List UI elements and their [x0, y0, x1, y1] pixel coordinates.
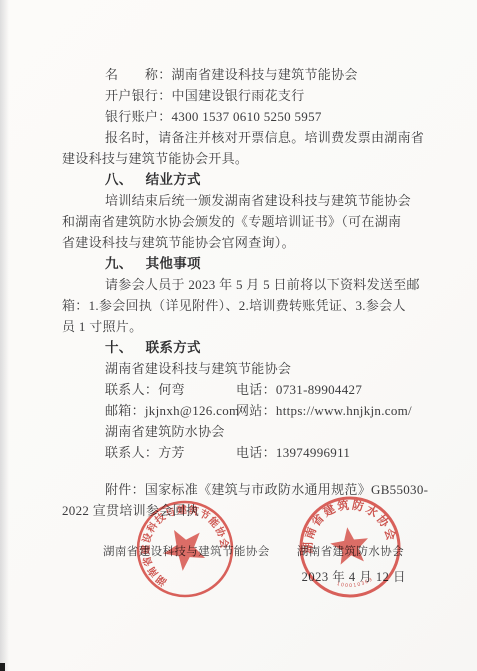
section-9-heading: 九、其他事项 [62, 253, 408, 274]
section-10-title: 联系方式 [146, 340, 201, 355]
section-8-heading: 八、结业方式 [62, 169, 408, 190]
section-8-number: 八、 [105, 172, 133, 187]
invoice-note-line-1: 报名时，请备注并核对开票信息。培训费发票由湖南省 [62, 127, 408, 148]
bank-branch-line: 开户银行：中国建设银行雨花支行 [62, 85, 408, 106]
scanned-document-page: 名 称：湖南省建设科技与建筑节能协会 开户银行：中国建设银行雨花支行 银行账户：… [0, 0, 477, 671]
official-seal-energy-association: 湖南省建设科技与建筑节能协会 [125, 489, 245, 609]
seal-left-group: 湖南省建设科技与建筑节能协会 [125, 489, 245, 609]
contact-person-waterproof: 联系人：方芳 [105, 442, 236, 463]
contact-row-energy-person: 联系人：何弯 电话：0731-89904427 [62, 379, 408, 400]
seal-right-code: 100010369 [335, 576, 375, 591]
contact-person-energy: 联系人：何弯 [105, 379, 236, 400]
seal-right-code-textpath: 100010369 [335, 576, 375, 591]
contact-phone-energy: 电话：0731-89904427 [236, 379, 362, 400]
section-9-title: 其他事项 [146, 256, 201, 271]
contact-email-energy: 邮箱：jkjnxh@126.com [105, 400, 236, 421]
section-8-title: 结业方式 [146, 172, 201, 187]
seal-left-star-icon [156, 519, 212, 574]
contact-org-waterproof: 湖南省建筑防水协会 [62, 421, 408, 442]
contact-website-energy: 网站：https://www.hnjkjn.com/ [236, 400, 412, 421]
bank-account-line: 银行账户：4300 1537 0610 5250 5957 [62, 106, 408, 127]
scan-corner-artifact [0, 663, 5, 671]
section-9-line-2: 箱：1.参会回执（详见附件）、2.培训费转账凭证、3.参会人 [62, 295, 408, 316]
invoice-note-line-2: 建设科技与建筑节能协会开具。 [62, 148, 408, 169]
contact-org-energy: 湖南省建设科技与建筑节能协会 [62, 358, 408, 379]
bank-name-line: 名 称：湖南省建设科技与建筑节能协会 [62, 64, 408, 85]
section-8-line-2: 和湖南省建筑防水协会颁发的《专题培训证书》（可在湖南 [62, 211, 408, 232]
section-8-line-3: 省建设科技与建筑节能协会官网查询）。 [62, 232, 408, 253]
contact-row-waterproof-person: 联系人：方芳 电话：13974996911 [62, 442, 408, 463]
section-9-line-1: 请参会人员于 2023 年 5 月 5 日前将以下资料发送至邮 [62, 274, 408, 295]
contact-phone-waterproof: 电话：13974996911 [236, 442, 350, 463]
section-10-heading: 十、联系方式 [62, 337, 408, 358]
contact-row-energy-email: 邮箱：jkjnxh@126.com 网站：https://www.hnjkjn.… [62, 400, 408, 421]
section-9-number: 九、 [105, 256, 133, 271]
section-8-line-1: 培训结束后统一颁发湖南省建设科技与建筑节能协会 [62, 190, 408, 211]
seal-right-group: 湖南省建筑防水协会 100010369 [294, 492, 406, 603]
section-10-number: 十、 [105, 340, 133, 355]
official-seal-waterproof-association: 湖南省建筑防水协会 100010369 [290, 487, 410, 607]
seal-right-star-icon [328, 525, 371, 566]
section-9-line-3: 员 1 寸照片。 [62, 316, 408, 337]
